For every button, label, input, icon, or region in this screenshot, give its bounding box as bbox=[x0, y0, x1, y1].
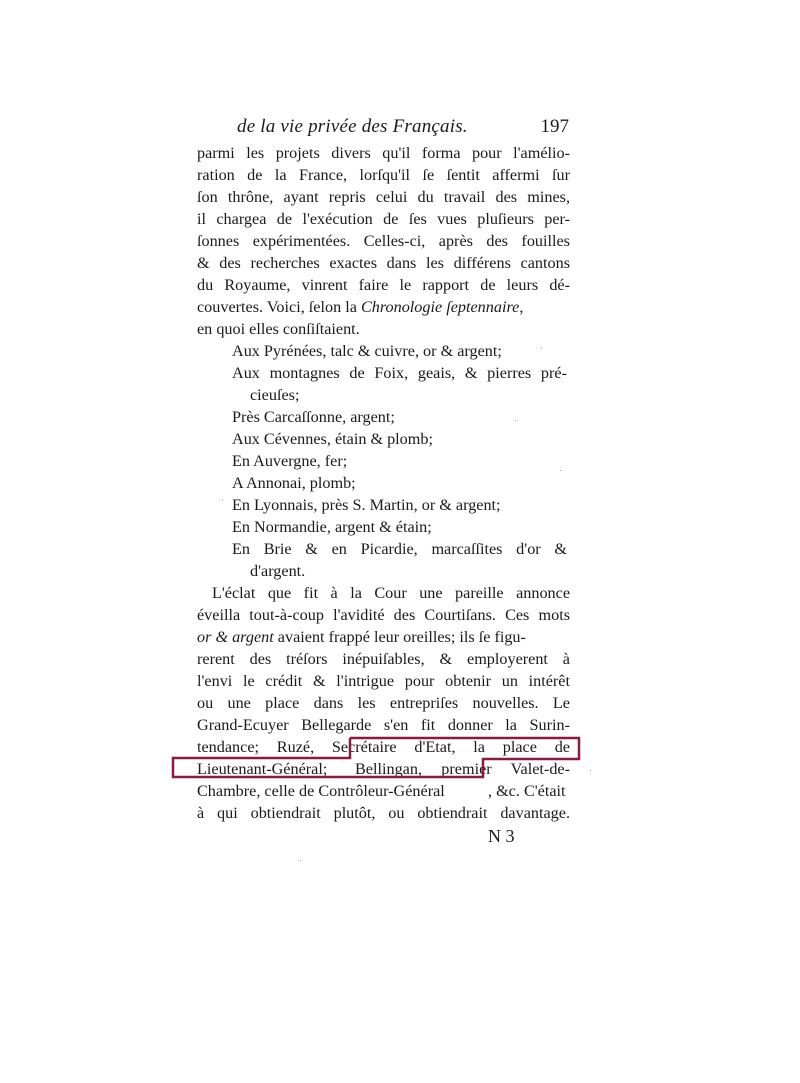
text-line: ſon thrône, ayant repris celui du travai… bbox=[197, 186, 570, 208]
text-line: L'éclat que fit à la Cour une pareille a… bbox=[212, 582, 570, 604]
list-item: Aux montagnes de Foix, geais, & pierres … bbox=[232, 362, 567, 384]
text-line: du Royaume, vinrent faire le rapport de … bbox=[197, 274, 570, 296]
page-number: 197 bbox=[541, 116, 570, 138]
list-item: En Normandie, argent & étain; bbox=[232, 516, 432, 538]
text-line: & des recherches exactes dans les différ… bbox=[197, 252, 570, 274]
scan-speck bbox=[560, 470, 561, 471]
scan-speck bbox=[515, 420, 516, 421]
scan-speck bbox=[590, 770, 591, 771]
text-line: à qui obtiendrait plutôt, ou obtiendrait… bbox=[197, 802, 570, 824]
list-item: A Annonai, plomb; bbox=[232, 472, 356, 494]
list-item: En Auvergne, fer; bbox=[232, 450, 347, 472]
citation-title: Chronologie ſeptennaire bbox=[361, 298, 519, 316]
text-fragment: couvertes. Voici, ſelon la bbox=[197, 298, 357, 316]
text-line: il chargea de l'exécution de ſes vues pl… bbox=[197, 208, 570, 230]
scan-speck bbox=[541, 347, 542, 348]
text-line-citation: couvertes. Voici, ſelon la Chronologie ſ… bbox=[197, 296, 570, 318]
list-item: Aux Cévennes, étain & plomb; bbox=[232, 428, 433, 450]
italic-phrase: or & argent bbox=[197, 628, 274, 646]
book-page: de la vie privée des Français. 197 parmi… bbox=[0, 0, 800, 1083]
highlighted-text: Chambre, celle de Contrôleur-Général bbox=[197, 780, 445, 802]
highlighted-text: Bellingan, premier Valet-de- bbox=[355, 758, 570, 780]
text-line: l'envi le crédit & l'intrigue pour obten… bbox=[197, 670, 570, 692]
text-line-fragment: , &c. C'était bbox=[488, 780, 566, 802]
text-fragment: , bbox=[519, 298, 523, 316]
scan-speck bbox=[222, 500, 223, 501]
signature-mark: N 3 bbox=[488, 826, 515, 847]
scan-speck bbox=[300, 860, 301, 861]
text-line: ou une place dans les entrepriſes nouvel… bbox=[197, 692, 570, 714]
text-line-fragment: Lieutenant-Général; bbox=[197, 758, 327, 780]
text-line-italic-phrase: or & argent avaient frappé leur oreilles… bbox=[197, 626, 570, 648]
page-header: de la vie privée des Français. 197 bbox=[237, 116, 569, 140]
text-line: tendance; Ruzé, Secrétaire d'Etat, la pl… bbox=[197, 736, 570, 758]
running-title: de la vie privée des Français. bbox=[237, 116, 468, 138]
list-item: En Brie & en Picardie, marcaſſites d'or … bbox=[232, 538, 567, 560]
text-fragment: avaient frappé leur oreilles; ils ſe fig… bbox=[274, 628, 526, 646]
text-line: ration de la France, lorſqu'il ſe ſentit… bbox=[197, 164, 570, 186]
list-item: En Lyonnais, près S. Martin, or & argent… bbox=[232, 494, 501, 516]
list-item: Près Carcaſſonne, argent; bbox=[232, 406, 395, 428]
text-line: en quoi elles conſiſtaient. bbox=[197, 318, 360, 340]
list-item: Aux Pyrénées, talc & cuivre, or & argent… bbox=[232, 340, 502, 362]
text-line: parmi les projets divers qu'il forma pou… bbox=[197, 142, 570, 164]
text-line: éveilla tout-à-coup l'avidité des Courti… bbox=[197, 604, 570, 626]
list-item: d'argent. bbox=[250, 560, 305, 582]
text-line: rerent des tréſors inépuiſables, & emplo… bbox=[197, 648, 570, 670]
text-line: ſonnes expérimentées. Celles-ci, après d… bbox=[197, 230, 570, 252]
list-item: cieuſes; bbox=[250, 384, 299, 406]
text-line: Grand-Ecuyer Bellegarde s'en fit donner … bbox=[197, 714, 570, 736]
